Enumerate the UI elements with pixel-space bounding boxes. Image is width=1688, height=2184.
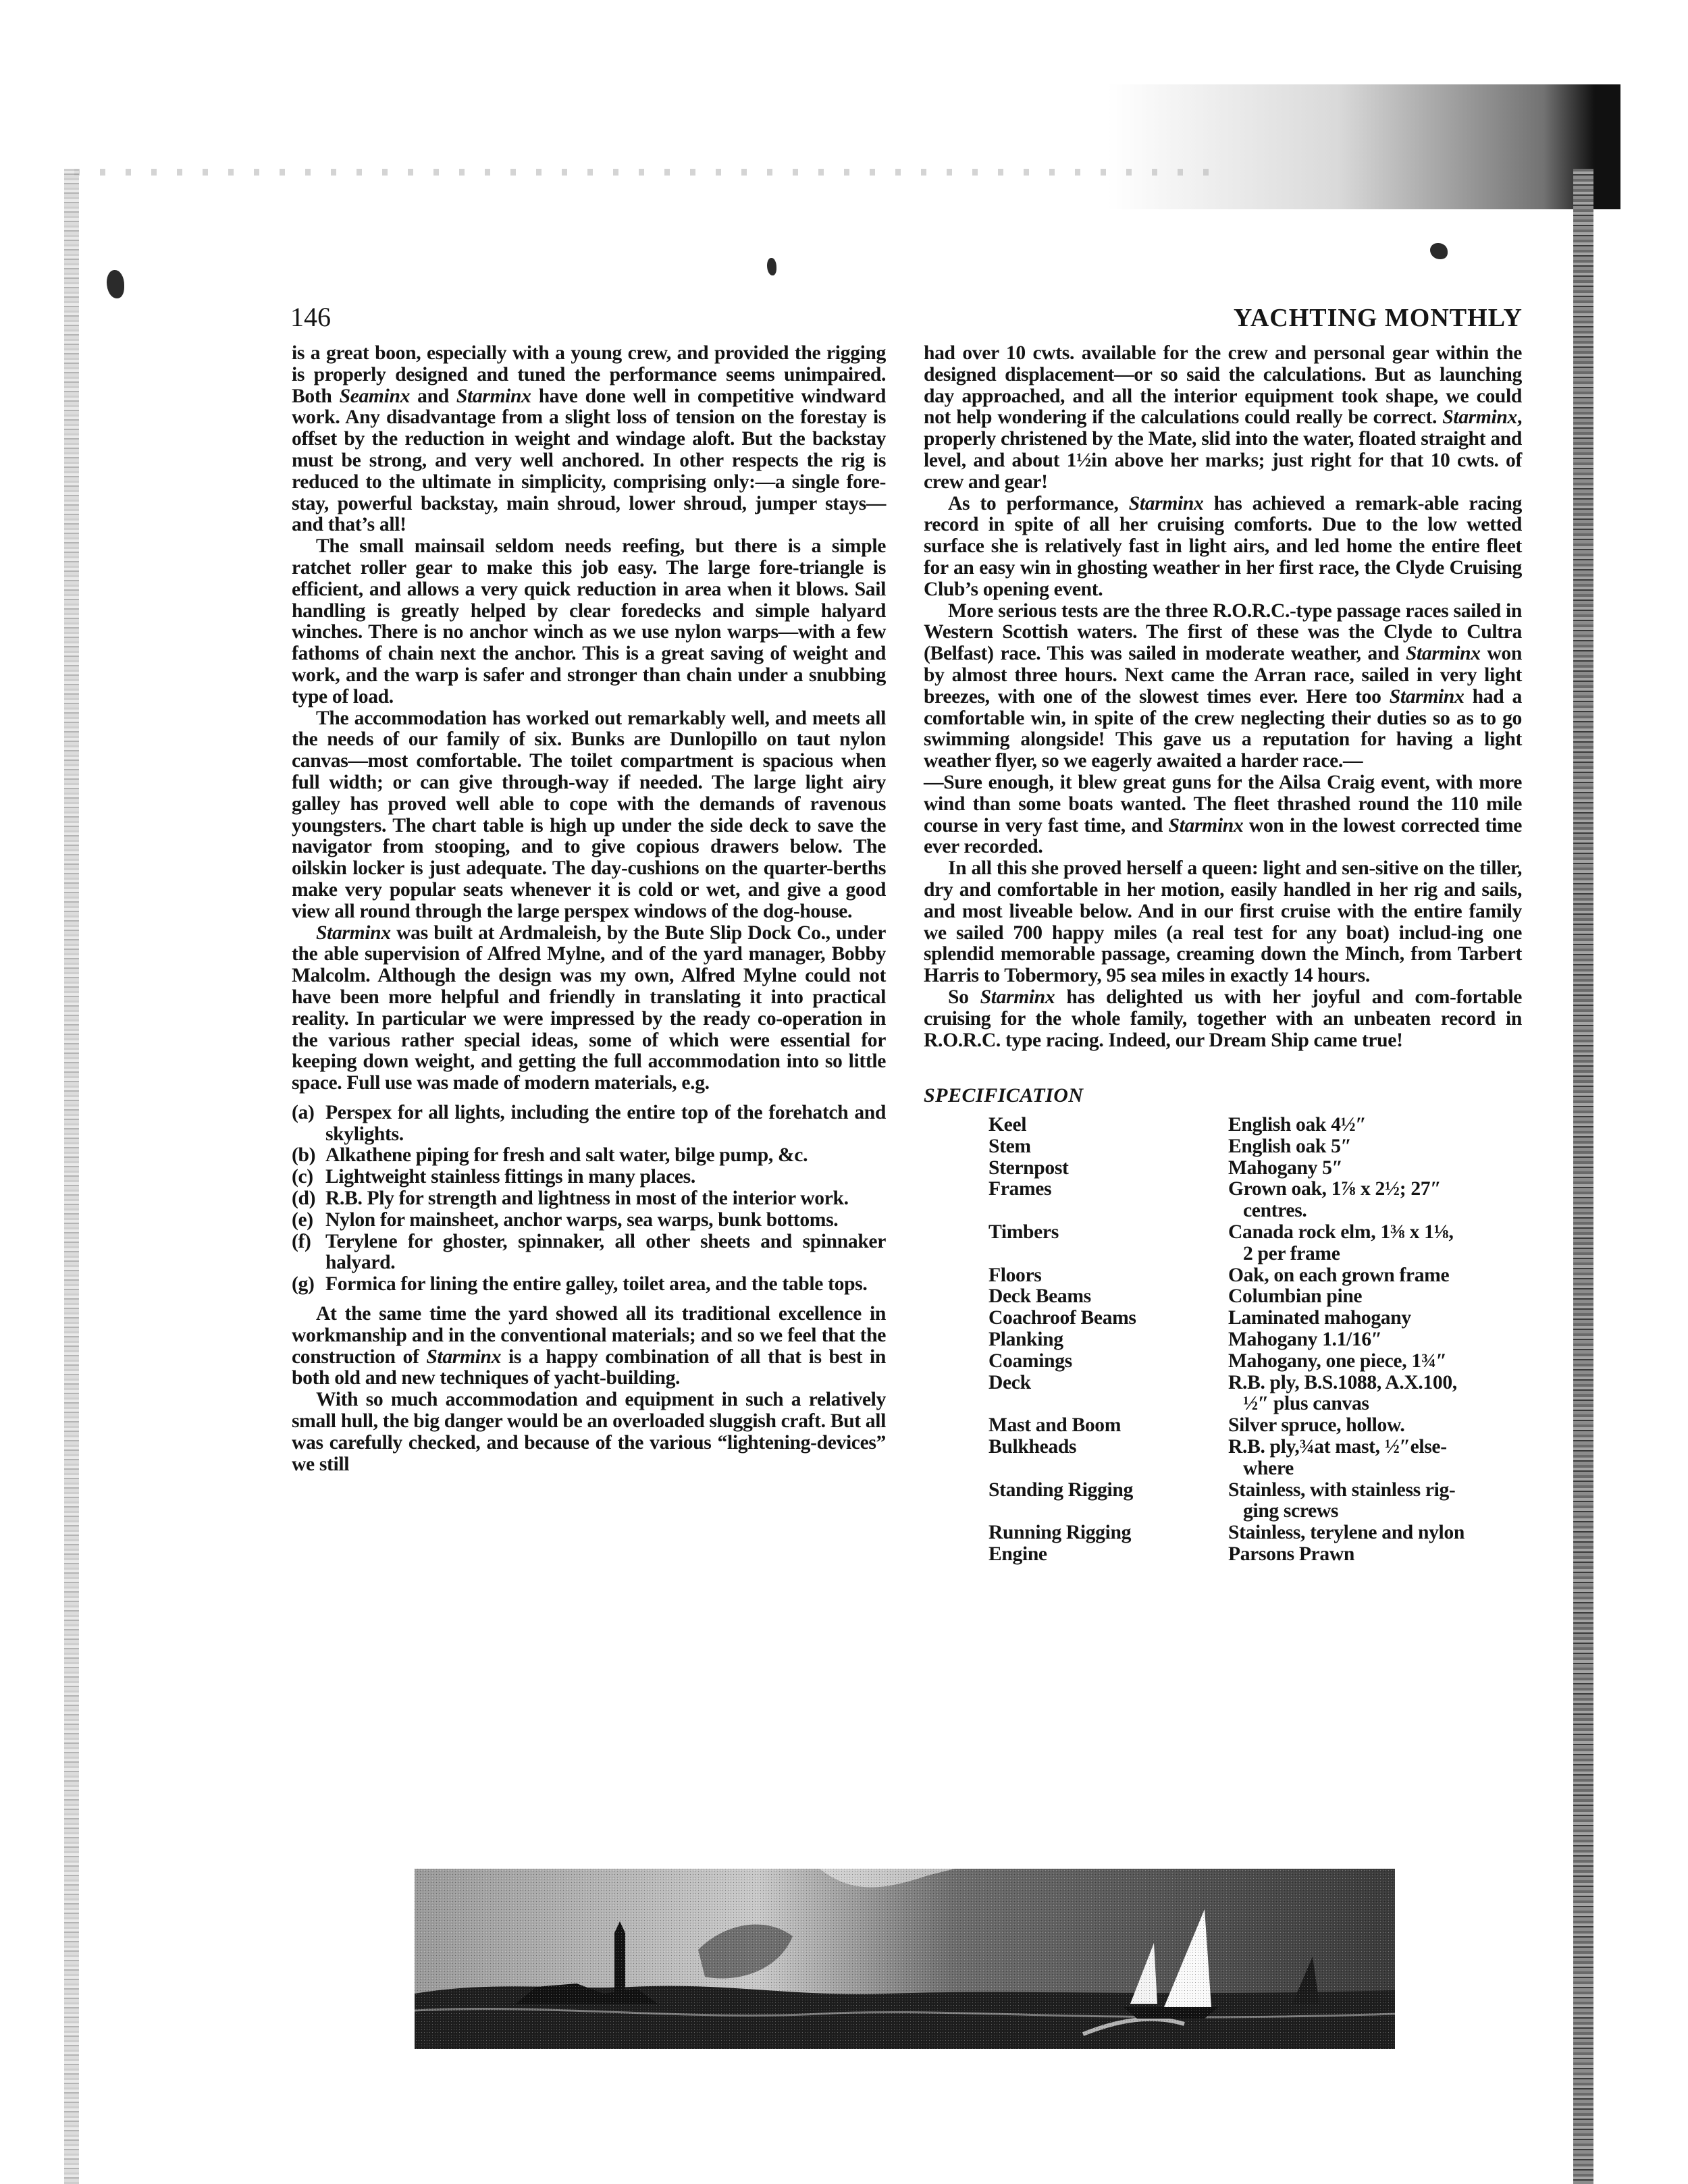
spec-value: Oak, on each grown frame [1228, 1265, 1522, 1287]
article-paragraph: The accommodation has worked out remarka… [292, 708, 886, 923]
paragraph-text: As to performance, [948, 493, 1129, 514]
page-number: 146 [290, 304, 331, 331]
article-paragraph: is a great boon, especially with a young… [292, 343, 886, 536]
running-head: 146 YACHTING MONTHLY [290, 297, 1523, 331]
spec-item: Standing Rigging [924, 1480, 1228, 1523]
spec-value-continuation: ging screws [1228, 1501, 1522, 1522]
yacht-name: Starminx [1129, 493, 1204, 514]
spec-item: Stem [924, 1136, 1228, 1158]
list-item-label: (c) [292, 1167, 313, 1188]
materials-list-item: (g)Formica for lining the entire galley,… [292, 1274, 886, 1296]
spec-value-continuation: 2 per frame [1228, 1244, 1522, 1265]
spec-item: Timbers [924, 1222, 1228, 1265]
paragraph-text: The small mainsail seldom needs reefing,… [292, 535, 886, 708]
list-item-text: Lightweight stainless fittings in many p… [325, 1166, 695, 1188]
spec-item: Deck [924, 1373, 1228, 1416]
yacht-name: Starminx [316, 922, 391, 944]
spec-item: Bulkheads [924, 1437, 1228, 1480]
spec-value: Grown oak, 1⅞ x 2½; 27″centres. [1228, 1179, 1522, 1222]
article-paragraph: In all this she proved herself a queen: … [924, 858, 1522, 987]
lighthouse-yacht-image [415, 1869, 1395, 2049]
spec-value: Parsons Prawn [1228, 1544, 1522, 1566]
yacht-name: Starminx [456, 385, 531, 407]
spec-value: Canada rock elm, 1⅜ x 1⅛,2 per frame [1228, 1222, 1522, 1265]
spec-value-continuation: where [1228, 1458, 1522, 1480]
spec-value: R.B. ply, B.S.1088, A.X.100,½″ plus canv… [1228, 1373, 1522, 1416]
paragraph-text: had over 10 cwts. available for the crew… [924, 342, 1522, 428]
spec-item: Sternpost [924, 1158, 1228, 1179]
specification-row: SternpostMahogany 5″ [924, 1158, 1522, 1179]
specification-row: Deck BeamsColumbian pine [924, 1286, 1522, 1308]
paragraph-text: In all this she proved herself a queen: … [924, 857, 1522, 986]
yacht-name: Starminx [426, 1346, 501, 1368]
list-item-label: (e) [292, 1210, 313, 1231]
list-item-text: Terylene for ghoster, spinnaker, all oth… [325, 1231, 886, 1274]
seascape-illustration [415, 1869, 1395, 2049]
specification-row: CoamingsMahogany, one piece, 1¾″ [924, 1351, 1522, 1373]
paragraph-text: and [410, 385, 456, 407]
list-item-label: (f) [292, 1231, 311, 1253]
paragraph-text: have done well in competitive windward w… [292, 385, 886, 536]
specification-row: EngineParsons Prawn [924, 1544, 1522, 1566]
article-column-right: had over 10 cwts. available for the crew… [924, 343, 1522, 1566]
list-item-text: Nylon for mainsheet, anchor warps, sea w… [325, 1209, 838, 1231]
ink-blot [1430, 243, 1448, 259]
yacht-name: Seaminx [340, 385, 410, 407]
materials-list-item: (e)Nylon for mainsheet, anchor warps, se… [292, 1210, 886, 1231]
spec-item: Planking [924, 1329, 1228, 1351]
list-item-text: Alkathene piping for fresh and salt wate… [325, 1144, 808, 1166]
specification-row: DeckR.B. ply, B.S.1088, A.X.100,½″ plus … [924, 1373, 1522, 1416]
specification-row: Standing RiggingStainless, with stainles… [924, 1480, 1522, 1523]
spec-value: Silver spruce, hollow. [1228, 1415, 1522, 1437]
specification-row: BulkheadsR.B. ply,¾at mast, ½″else-where [924, 1437, 1522, 1480]
spec-value-continuation: centres. [1228, 1200, 1522, 1222]
materials-list-item: (c)Lightweight stainless fittings in man… [292, 1167, 886, 1188]
spec-value: R.B. ply,¾at mast, ½″else-where [1228, 1437, 1522, 1480]
specification-row: FloorsOak, on each grown frame [924, 1265, 1522, 1287]
paragraph-text: So [948, 986, 980, 1008]
ink-blot [107, 270, 124, 298]
specification-row: KeelEnglish oak 4½″ [924, 1115, 1522, 1136]
modern-materials-list: (a)Perspex for all lights, including the… [292, 1102, 886, 1296]
materials-list-item: (a)Perspex for all lights, including the… [292, 1102, 886, 1146]
paragraph-text: The accommodation has worked out remarka… [292, 708, 886, 922]
spec-item: Frames [924, 1179, 1228, 1222]
scan-shadow-top [1107, 84, 1620, 209]
specification-row: Mast and BoomSilver spruce, hollow. [924, 1415, 1522, 1437]
specification-row: FramesGrown oak, 1⅞ x 2½; 27″centres. [924, 1179, 1522, 1222]
ink-blot [767, 258, 776, 275]
spec-item: Coamings [924, 1351, 1228, 1373]
materials-list-item: (f)Terylene for ghoster, spinnaker, all … [292, 1231, 886, 1275]
paragraph-text: was built at Ardmaleish, by the Bute Sli… [292, 922, 886, 1094]
spec-value: Mahogany 1.1/16″ [1228, 1329, 1522, 1351]
list-item-text: Formica for lining the entire galley, to… [325, 1273, 867, 1295]
spec-item: Keel [924, 1115, 1228, 1136]
yacht-name: Starminx [1169, 815, 1244, 836]
list-item-label: (a) [292, 1102, 314, 1124]
spec-item: Engine [924, 1544, 1228, 1566]
list-item-text: Perspex for all lights, including the en… [325, 1102, 886, 1145]
article-paragraph: More serious tests are the three R.O.R.C… [924, 601, 1522, 772]
scan-page-edge-left [64, 169, 79, 2184]
left-column-closing: At the same time the yard showed all its… [292, 1304, 886, 1475]
spec-item: Deck Beams [924, 1286, 1228, 1308]
spec-item: Coachroof Beams [924, 1308, 1228, 1329]
specification-row: PlankingMahogany 1.1/16″ [924, 1329, 1522, 1351]
article-paragraph: So Starminx has delighted us with her jo… [924, 987, 1522, 1051]
article-paragraph: At the same time the yard showed all its… [292, 1304, 886, 1389]
spec-value: English oak 4½″ [1228, 1115, 1522, 1136]
article-paragraph: Starminx was built at Ardmaleish, by the… [292, 923, 886, 1094]
article-paragraph: The small mainsail seldom needs reefing,… [292, 536, 886, 708]
specification-row: Running RiggingStainless, terylene and n… [924, 1522, 1522, 1544]
publication-title: YACHTING MONTHLY [1234, 305, 1523, 331]
materials-list-item: (d)R.B. Ply for strength and lightness i… [292, 1188, 886, 1210]
spec-value: English oak 5″ [1228, 1136, 1522, 1158]
spec-value: Mahogany, one piece, 1¾″ [1228, 1351, 1522, 1373]
materials-list-item: (b)Alkathene piping for fresh and salt w… [292, 1145, 886, 1167]
article-paragraph: With so much accommodation and equipment… [292, 1389, 886, 1475]
spec-value: Mahogany 5″ [1228, 1158, 1522, 1179]
list-item-text: R.B. Ply for strength and lightness in m… [325, 1188, 849, 1209]
yacht-name: Starminx [1406, 643, 1481, 664]
spec-item: Running Rigging [924, 1522, 1228, 1544]
yacht-name: Starminx [980, 986, 1055, 1008]
specification-row: TimbersCanada rock elm, 1⅜ x 1⅛,2 per fr… [924, 1222, 1522, 1265]
spec-value: Columbian pine [1228, 1286, 1522, 1308]
scan-page-edge-right [1573, 169, 1593, 2184]
specification-row: Coachroof BeamsLaminated mahogany [924, 1308, 1522, 1329]
scan-page-edge-top [74, 169, 1222, 176]
article-column-left: is a great boon, especially with a young… [292, 343, 886, 1475]
spec-value: Stainless, with stainless rig-ging screw… [1228, 1480, 1522, 1523]
specification-heading: SPECIFICATION [924, 1085, 1522, 1107]
list-item-label: (d) [292, 1188, 315, 1210]
yacht-name: Starminx [1390, 686, 1465, 708]
spec-item: Mast and Boom [924, 1415, 1228, 1437]
list-item-label: (b) [292, 1145, 315, 1167]
list-item-label: (g) [292, 1274, 314, 1296]
right-column-body: had over 10 cwts. available for the crew… [924, 343, 1522, 1051]
article-paragraph: As to performance, Starminx has achieved… [924, 494, 1522, 601]
left-column-body: is a great boon, especially with a young… [292, 343, 886, 1094]
spec-value: Laminated mahogany [1228, 1308, 1522, 1329]
yacht-name: Starminx [1442, 406, 1517, 428]
specification-row: StemEnglish oak 5″ [924, 1136, 1522, 1158]
specification-table: KeelEnglish oak 4½″StemEnglish oak 5″Ste… [924, 1115, 1522, 1566]
spec-value-continuation: ½″ plus canvas [1228, 1393, 1522, 1415]
paragraph-text: With so much accommodation and equipment… [292, 1389, 886, 1474]
spec-value: Stainless, terylene and nylon [1228, 1522, 1522, 1544]
spec-item: Floors [924, 1265, 1228, 1287]
article-paragraph: —Sure enough, it blew great guns for the… [924, 772, 1522, 858]
article-paragraph: had over 10 cwts. available for the crew… [924, 343, 1522, 494]
